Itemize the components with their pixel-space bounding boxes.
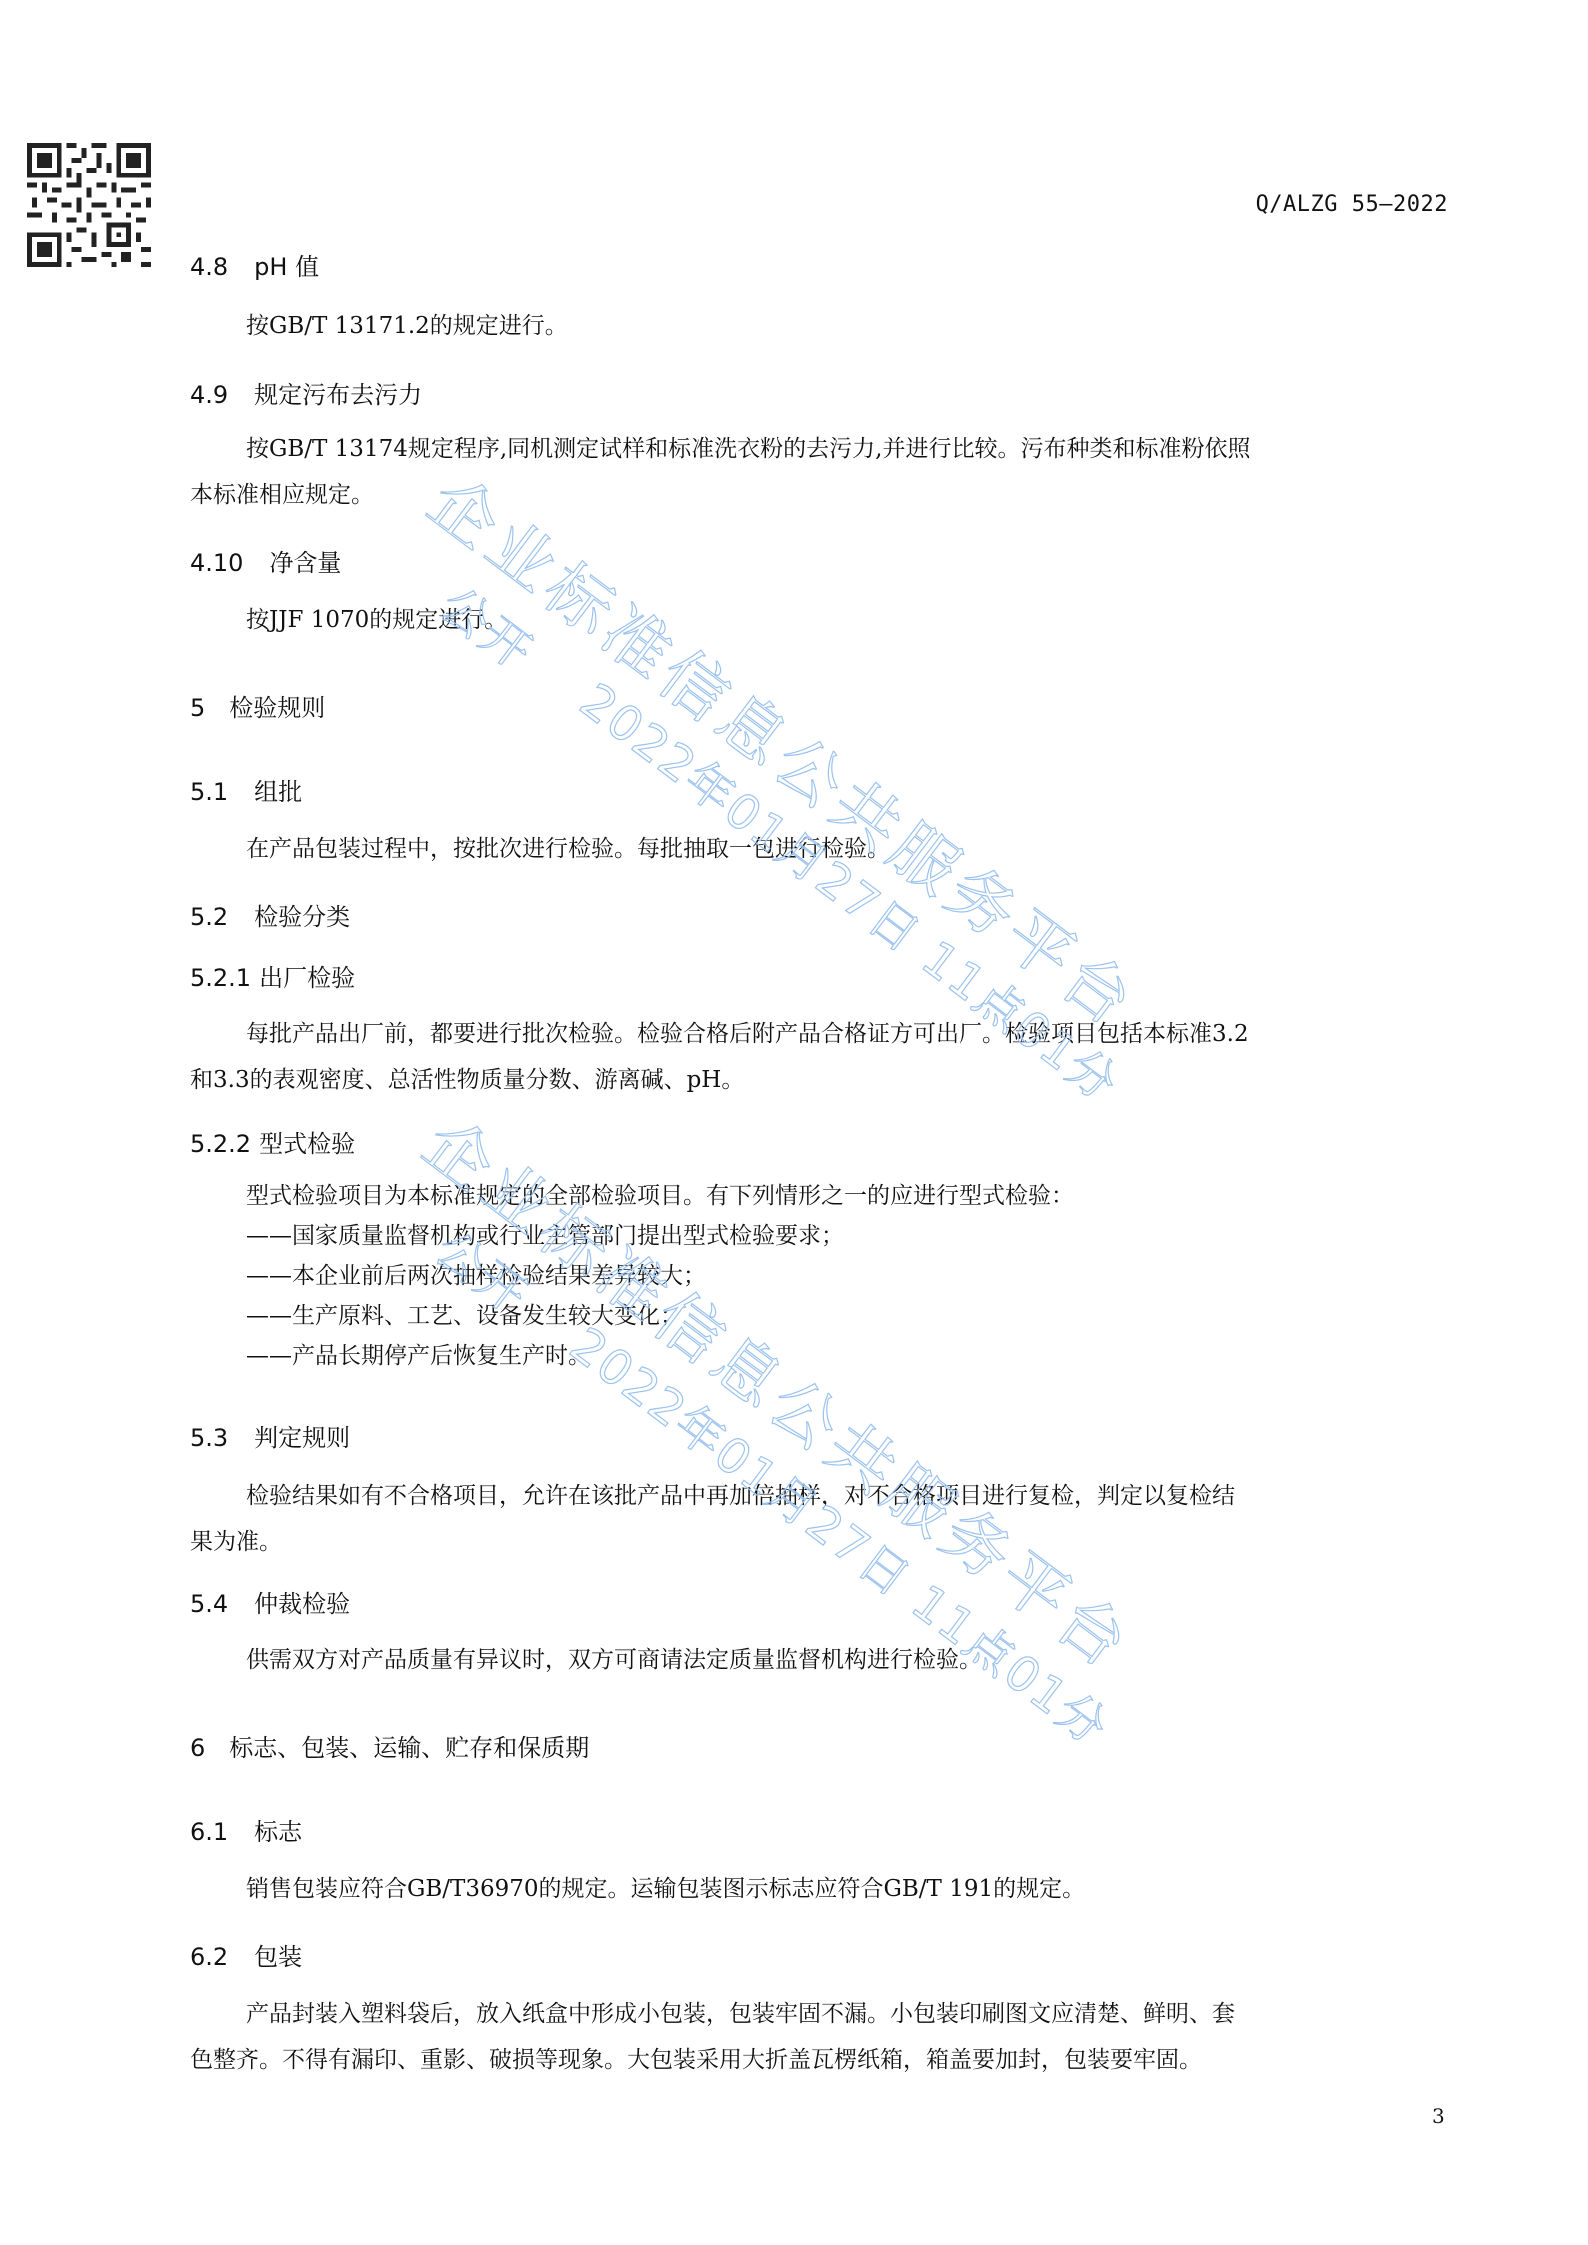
paragraph-5-1: 在产品包装过程中，按批次进行检验。每批抽取一包进行检验。: [190, 826, 1452, 872]
section-heading-5-2: 5.2检验分类: [190, 897, 350, 932]
qr-code-icon: [27, 143, 151, 267]
list-intro: 型式检验项目为本标准规定的全部检验项目。有下列情形之一的应进行型式检验：: [246, 1176, 1074, 1216]
chapter-heading-6: 6标志、包装、运输、贮存和保质期: [190, 1728, 589, 1763]
paragraph-5-2-1: 每批产品出厂前，都要进行批次检验。检验合格后附产品合格证方可出厂。检验项目包括本…: [190, 1011, 1452, 1103]
paragraph-4-8: 按GB/T 13171.2的规定进行。: [190, 303, 1452, 349]
chapter-heading-5: 5检验规则: [190, 688, 325, 723]
section-heading-5-2-1: 5.2.1出厂检验: [190, 958, 355, 993]
list-item: ——产品长期停产后恢复生产时。: [246, 1336, 1074, 1376]
section-heading-5-4: 5.4仲裁检验: [190, 1584, 350, 1619]
section-number: 4.8: [190, 253, 228, 281]
paragraph-4-10: 按JJF 1070的规定进行。: [190, 597, 1452, 643]
page-number: 3: [1432, 2104, 1445, 2128]
section-heading-4-9: 4.9规定污布去污力: [190, 375, 422, 410]
standard-code: Q/ALZG 55—2022: [1228, 192, 1448, 217]
section-heading-6-1: 6.1标志: [190, 1812, 302, 1847]
section-heading-4-8: 4.8pH 值: [190, 247, 319, 282]
section-heading-5-3: 5.3判定规则: [190, 1418, 350, 1453]
watermark-title: 企业标准信息公共服务平台: [413, 450, 1160, 1046]
section-heading-5-2-2: 5.2.2型式检验: [190, 1124, 355, 1159]
paragraph-5-4: 供需双方对产品质量有异议时，双方可商请法定质量监督机构进行检验。: [190, 1637, 1452, 1683]
list-item: ——国家质量监督机构或行业主管部门提出型式检验要求；: [246, 1216, 1074, 1256]
paragraph-6-1: 销售包装应符合GB/T36970的规定。运输包装图示标志应符合GB/T 191的…: [190, 1866, 1452, 1912]
paragraph-4-9: 按GB/T 13174规定程序,同机测定试样和标准洗衣粉的去污力,并进行比较。污…: [190, 426, 1452, 518]
list-item: ——本企业前后两次抽样检验结果差异较大；: [246, 1256, 1074, 1296]
section-heading-4-10: 4.10净含量: [190, 543, 341, 578]
list-5-2-2: 型式检验项目为本标准规定的全部检验项目。有下列情形之一的应进行型式检验： ——国…: [246, 1176, 1074, 1376]
section-heading-5-1: 5.1组批: [190, 772, 302, 807]
document-page: Q/ALZG 55—2022 4.8pH 值 按GB/T 13171.2的规定进…: [0, 0, 1588, 2245]
list-item: ——生产原料、工艺、设备发生较大变化；: [246, 1296, 1074, 1336]
section-title: pH 值: [254, 247, 319, 282]
paragraph-6-2: 产品封装入塑料袋后，放入纸盒中形成小包装，包装牢固不漏。小包装印刷图文应清楚、鲜…: [190, 1991, 1452, 2083]
paragraph-5-3: 检验结果如有不合格项目，允许在该批产品中再加倍抽样，对不合格项目进行复检，判定以…: [190, 1473, 1452, 1565]
section-heading-6-2: 6.2包装: [190, 1937, 302, 1972]
